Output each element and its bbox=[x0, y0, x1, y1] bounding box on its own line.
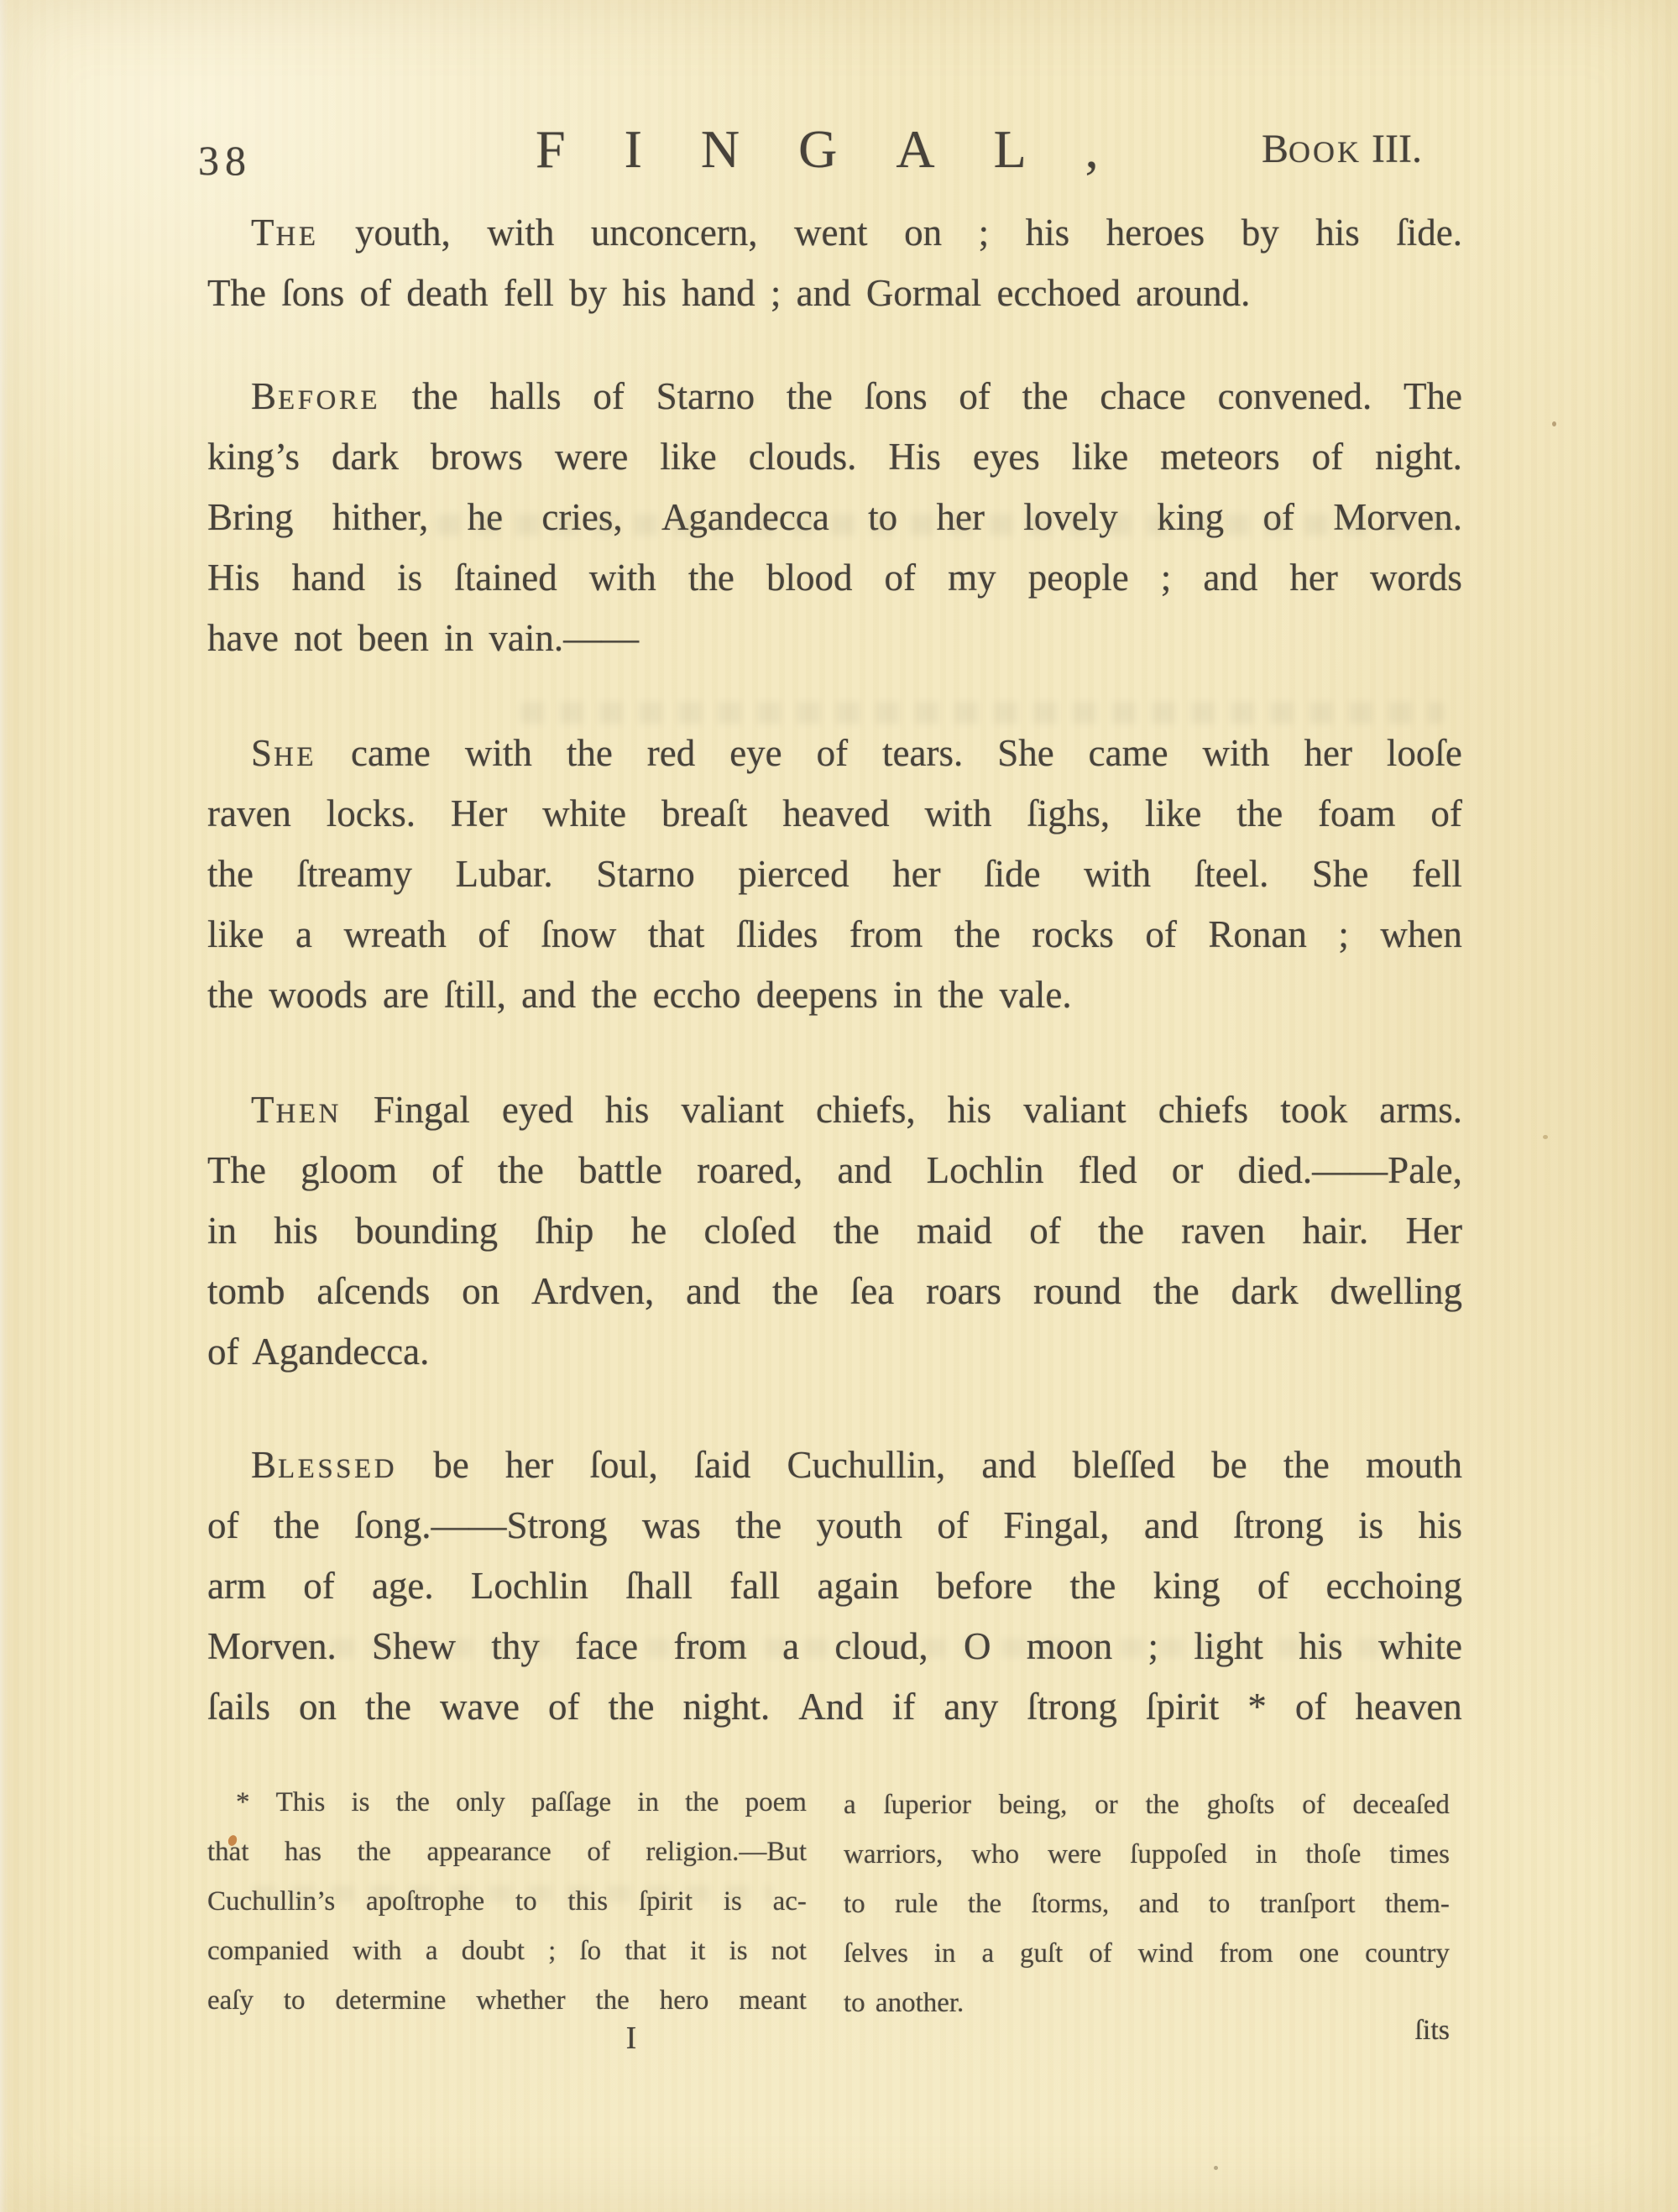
text-line: likeawreathofſnowthatſlidesfromtherockso… bbox=[207, 904, 1462, 965]
text-line: theſtreamyLubar.Starnopiercedherſidewith… bbox=[207, 844, 1462, 904]
running-title: FINGAL, bbox=[536, 123, 1158, 176]
paragraph-lead-smallcaps: BLESSED bbox=[251, 1435, 397, 1495]
foxing-speck bbox=[1552, 421, 1556, 426]
text-line: ſelvesinaguſtofwindfromonecountry bbox=[844, 1929, 1450, 1979]
catchword: ſits bbox=[844, 2014, 1450, 2047]
foxing-speck bbox=[1214, 2166, 1218, 2170]
paragraph-3: SHEcamewiththeredeyeoftears.Shecamewithh… bbox=[207, 723, 1462, 1025]
text-line: BEFOREthehallsofStarnotheſonsofthechacec… bbox=[207, 366, 1462, 426]
text-line: Hishandisſtainedwiththebloodofmypeople;a… bbox=[207, 547, 1462, 608]
text-line: BLESSEDbeherſoul,ſaidCuchullin,andbleſſe… bbox=[207, 1435, 1462, 1495]
paragraph-1: THEyouth,withunconcern,wenton;hisheroesb… bbox=[207, 202, 1462, 323]
bleedthrough-smudge bbox=[520, 702, 1444, 724]
text-line: The ſons of death fell by his hand ; and… bbox=[207, 263, 1462, 323]
paragraph-lead-smallcaps: THE bbox=[251, 202, 319, 263]
text-line: inhisboundingſhiphecloſedthemaidoftherav… bbox=[207, 1200, 1462, 1261]
text-line: armofage.Lochlinſhallfallagainbeforethek… bbox=[207, 1556, 1462, 1616]
page-number: 38 bbox=[198, 139, 252, 181]
paragraph-lead-smallcaps: BEFORE bbox=[251, 366, 380, 426]
footnote-column-right: aſuperiorbeing,ortheghoſtsofdeceaſedwarr… bbox=[844, 1781, 1450, 2028]
book-page: 38 FINGAL, BOOK III. THEyouth,withunconc… bbox=[0, 0, 1678, 2212]
text-line: toruletheſtorms,andtotranſportthem- bbox=[844, 1880, 1450, 1929]
text-line: warriors,whowereſuppoſedinthoſetimes bbox=[844, 1830, 1450, 1880]
book-label-numeral: III. bbox=[1362, 127, 1422, 171]
text-line: ravenlocks.Herwhitebreaſtheavedwithſighs… bbox=[207, 783, 1462, 844]
paragraph-lead-smallcaps: THEN bbox=[251, 1080, 342, 1140]
bleedthrough-smudge bbox=[252, 1885, 772, 1902]
text-line: companiedwithadoubt;ſothatitisnot bbox=[207, 1927, 807, 1976]
text-line: have not been in vain.—— bbox=[207, 608, 1462, 668]
text-line: of Agandecca. bbox=[207, 1321, 1462, 1382]
text-line: Thegloomofthebattleroared,andLochlinfled… bbox=[207, 1140, 1462, 1200]
foxing-speck bbox=[1543, 1135, 1548, 1139]
text-line: thathastheappearanceofreligion.—But bbox=[207, 1828, 807, 1877]
book-label-cap: B bbox=[1262, 127, 1289, 171]
text-line: eaſytodeterminewhethertheheromeant bbox=[207, 1976, 807, 2026]
text-line: THENFingaleyedhisvaliantchiefs,hisvalian… bbox=[207, 1080, 1462, 1140]
text-line: king’sdarkbrowswerelikeclouds.Hiseyeslik… bbox=[207, 426, 1462, 487]
text-line: aſuperiorbeing,ortheghoſtsofdeceaſed bbox=[844, 1781, 1450, 1830]
text-line: THEyouth,withunconcern,wenton;hisheroesb… bbox=[207, 202, 1462, 263]
book-number-label: BOOK III. bbox=[1262, 129, 1422, 172]
text-line: oftheſong.——StrongwastheyouthofFingal,an… bbox=[207, 1495, 1462, 1556]
text-line: tombaſcendsonArdven,andtheſearoarsroundt… bbox=[207, 1261, 1462, 1321]
book-label-smallcaps: OOK bbox=[1289, 135, 1362, 169]
text-line: ſailsonthewaveofthenight.Andifanyſtrongſ… bbox=[207, 1676, 1462, 1737]
bleedthrough-smudge bbox=[436, 514, 1452, 536]
signature-mark: I bbox=[606, 2021, 656, 2055]
text-line: the woods are ſtill, and the eccho deepe… bbox=[207, 965, 1462, 1025]
paragraph-lead-smallcaps: SHE bbox=[251, 723, 316, 783]
text-line: SHEcamewiththeredeyeoftears.Shecamewithh… bbox=[207, 723, 1462, 783]
paragraph-5: BLESSEDbeherſoul,ſaidCuchullin,andbleſſe… bbox=[207, 1435, 1462, 1737]
bleedthrough-smudge bbox=[252, 1639, 1444, 1657]
text-line: *Thisistheonlypaſſageinthepoem bbox=[207, 1778, 807, 1828]
paragraph-4: THENFingaleyedhisvaliantchiefs,hisvalian… bbox=[207, 1080, 1462, 1382]
